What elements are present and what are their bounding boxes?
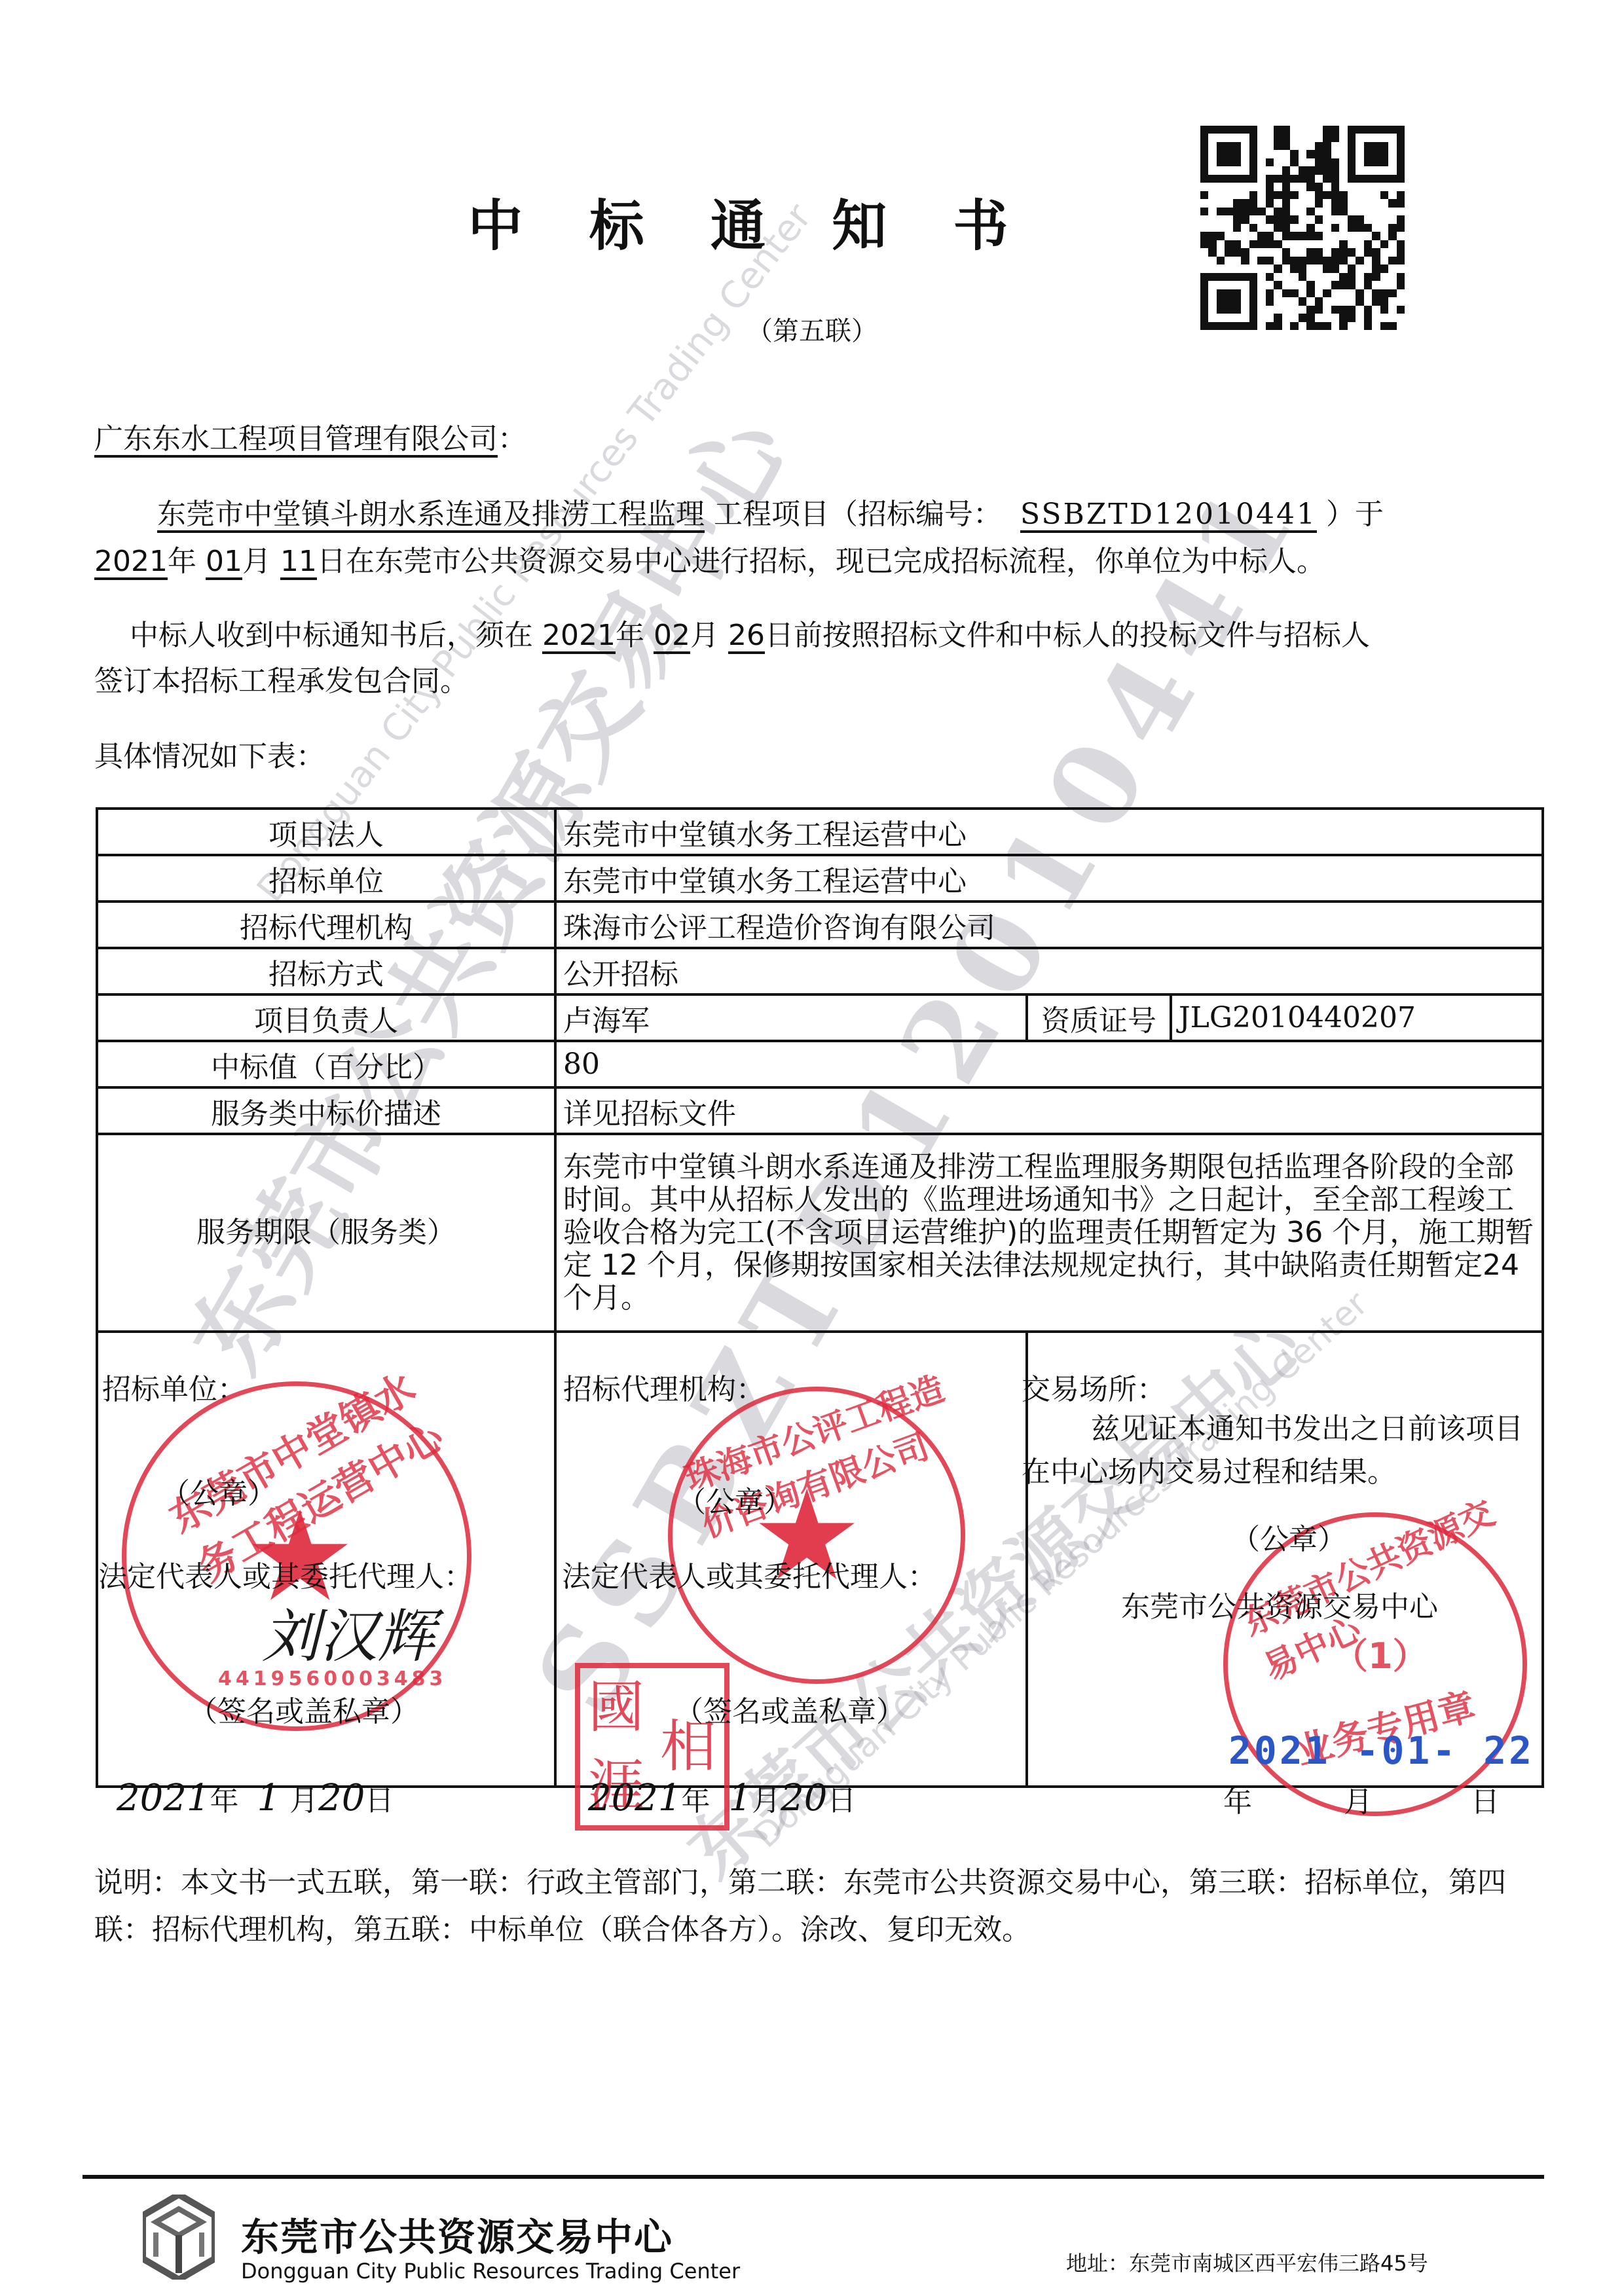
row-label: 招标单位 <box>97 855 555 902</box>
venue-heading: 交易场所： <box>1022 1366 1166 1408</box>
table-intro: 具体情况如下表： <box>94 740 325 774</box>
paragraph-award-line1: 东莞市中堂镇斗朗水系连通及排涝工程监理 工程项目（招标编号： SSBZTD120… <box>157 498 1384 532</box>
row-value: 公开招标 <box>555 948 1543 994</box>
tenderer-seal-label: （公章） <box>161 1470 276 1512</box>
row-label: 中标值（百分比） <box>97 1041 555 1087</box>
venue-date-stamp: 2021 -01- 22 <box>1228 1728 1534 1773</box>
table-row: 服务类中标价描述 详见招标文件 <box>97 1087 1543 1134</box>
paragraph-deadline-line2: 签订本招标工程承发包合同。 <box>94 665 469 699</box>
row-label: 招标代理机构 <box>97 902 555 948</box>
agency-seal-label: （公章） <box>677 1478 792 1520</box>
table-row: 招标代理机构 珠海市公评工程造价咨询有限公司 <box>97 902 1543 948</box>
table-row: 项目法人 东莞市中堂镇水务工程运营中心 <box>97 809 1543 855</box>
row-value: 东莞市中堂镇斗朗水系连通及排涝工程监理服务期限包括监理各阶段的全部时间。其中从招… <box>555 1134 1543 1332</box>
table-row: 服务期限（服务类） 东莞市中堂镇斗朗水系连通及排涝工程监理服务期限包括监理各阶段… <box>97 1134 1543 1332</box>
venue-seal-label: （公章） <box>1231 1516 1346 1558</box>
explanatory-note: 说明：本文书一式五联，第一联：行政主管部门，第二联：东莞市公共资源交易中心，第三… <box>94 1859 1548 1954</box>
qualification-label: 资质证号 <box>1027 994 1171 1041</box>
row-value: 东莞市中堂镇水务工程运营中心 <box>555 855 1543 902</box>
table-row: 招标单位 东莞市中堂镇水务工程运营中心 <box>97 855 1543 902</box>
trading-center-logo-icon <box>143 2195 215 2280</box>
footer-org-cn: 东莞市公共资源交易中心 <box>241 2206 673 2261</box>
agency-official-seal: ★ 珠海市公评工程造价咨询有限公司 <box>668 1387 965 1684</box>
tenderer-handwritten-signature: 刘汉辉 <box>262 1591 435 1673</box>
table-row: 项目负责人 卢海军 资质证号 JLG2010440207 <box>97 994 1543 1041</box>
agency-rep-label: 法定代表人或其委托代理人： <box>562 1553 936 1595</box>
row-value: 卢海军 <box>555 994 1027 1041</box>
row-label: 服务期限（服务类） <box>97 1134 555 1332</box>
row-label: 项目法人 <box>97 809 555 855</box>
footer-org-en: Dongguan City Public Resources Trading C… <box>241 2259 740 2284</box>
row-value: 详见招标文件 <box>555 1087 1543 1134</box>
project-name: 东莞市中堂镇斗朗水系连通及排涝工程监理 <box>157 498 705 531</box>
tender-number: SSBZTD12010441 <box>1020 498 1317 531</box>
addressee: 广东东水工程项目管理有限公司： <box>94 422 526 456</box>
agency-heading: 招标代理机构： <box>563 1366 765 1408</box>
row-value: 东莞市中堂镇水务工程运营中心 <box>555 809 1543 855</box>
row-label: 服务类中标价描述 <box>97 1087 555 1134</box>
tenderer-rep-label: 法定代表人或其委托代理人： <box>98 1553 473 1595</box>
table-row: 中标值（百分比） 80 <box>97 1041 1543 1087</box>
row-label: 项目负责人 <box>97 994 555 1041</box>
venue-date-labels: 年月日 <box>1223 1778 1500 1820</box>
paragraph-deadline-line1: 中标人收到中标通知书后，须在 2021年 02月 26日前按照招标文件和中标人的… <box>130 619 1370 653</box>
tenderer-date: 2021年 1 月20日 <box>117 1777 394 1819</box>
venue-org: 东莞市公共资源交易中心 <box>1121 1583 1438 1625</box>
qr-code <box>1200 126 1405 330</box>
agency-sign-label: （签名或盖私章） <box>674 1688 905 1730</box>
qualification-number: JLG2010440207 <box>1171 994 1543 1041</box>
table-row: 招标方式 公开招标 <box>97 948 1543 994</box>
footer-address: 地址：东莞市南城区西平宏伟三路45号 <box>1066 2247 1428 2277</box>
paragraph-award-line2: 2021年 01月 11日在东莞市公共资源交易中心进行招标，现已完成招标流程，你… <box>94 545 1325 579</box>
row-value: 80 <box>555 1041 1543 1087</box>
venue-statement: 兹见证本通知书发出之日前该项目在中心场内交易过程和结果。 <box>1022 1408 1539 1494</box>
agency-date: 2021年 1月20日 <box>588 1777 856 1819</box>
tenderer-sign-label: （签名或盖私章） <box>189 1688 419 1730</box>
footer-divider <box>83 2175 1544 2179</box>
row-value: 珠海市公评工程造价咨询有限公司 <box>555 902 1543 948</box>
row-label: 招标方式 <box>97 948 555 994</box>
